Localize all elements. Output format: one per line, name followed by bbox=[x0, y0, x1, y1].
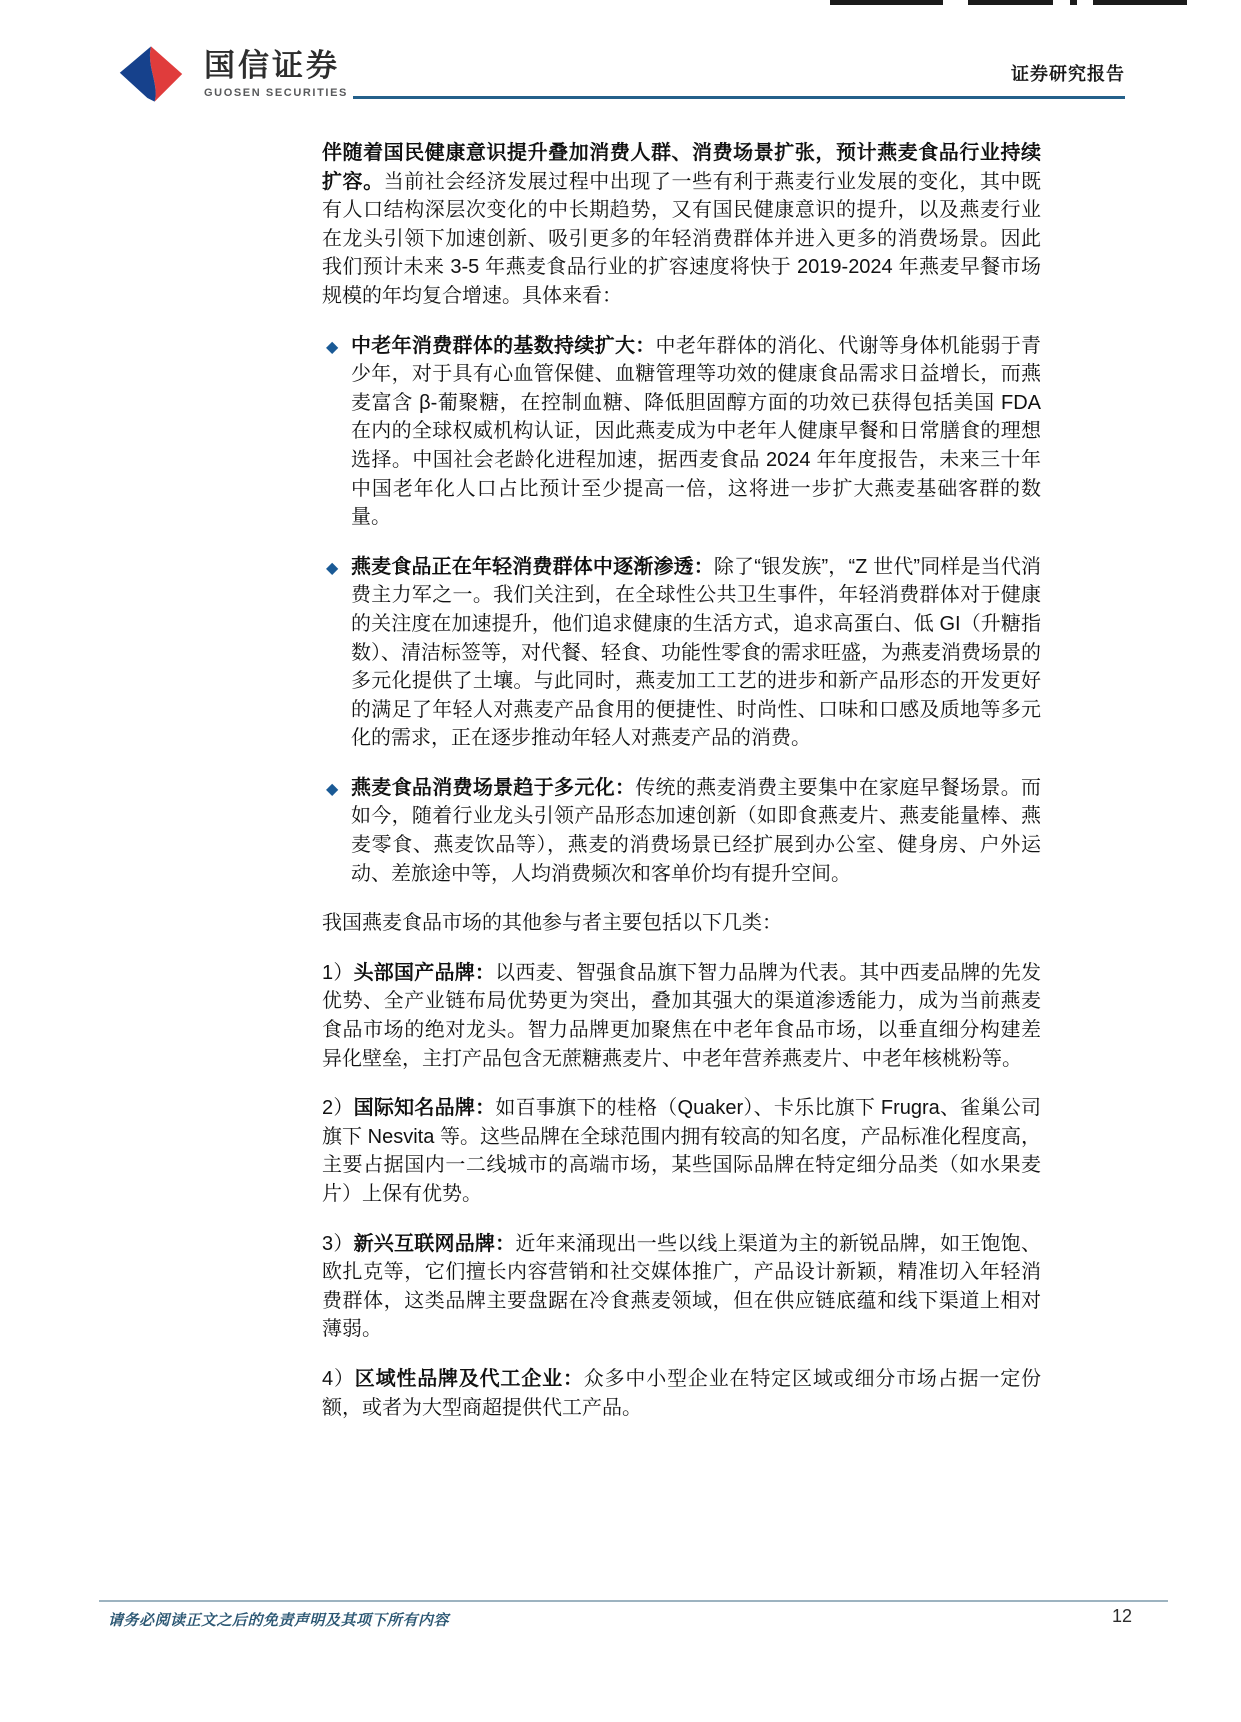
footer-divider bbox=[99, 1600, 1168, 1602]
report-body: 伴随着国民健康意识提升叠加消费人群、消费场景扩张，预计燕麦食品行业持续扩容。当前… bbox=[322, 139, 1041, 1443]
bullet-heading: 燕麦食品消费场景趋于多元化： bbox=[351, 777, 635, 799]
bullet-item-consumption-scenes: ◆ 燕麦食品消费场景趋于多元化：传统的燕麦消费主要集中在家庭早餐场景。而如今，随… bbox=[322, 774, 1041, 888]
list-number: 3） bbox=[322, 1233, 354, 1255]
report-page: 国信证券 GUOSEN SECURITIES 证券研究报告 伴随着国民健康意识提… bbox=[0, 0, 1241, 1722]
diamond-bullet-icon: ◆ bbox=[326, 776, 338, 805]
intro-paragraph: 伴随着国民健康意识提升叠加消费人群、消费场景扩张，预计燕麦食品行业持续扩容。当前… bbox=[322, 139, 1041, 311]
numbered-paragraph-regional-brands: 4）区域性品牌及代工企业：众多中小型企业在特定区域或细分市场占据一定份额，或者为… bbox=[322, 1365, 1041, 1422]
header-divider bbox=[353, 96, 1125, 99]
footer-disclaimer: 请务必阅读正文之后的免责声明及其项下所有内容 bbox=[108, 1609, 449, 1630]
bullet-heading: 燕麦食品正在年轻消费群体中逐渐渗透： bbox=[351, 556, 714, 578]
intro-text: 当前社会经济发展过程中出现了一些有利于燕麦行业发展的变化，其中既有人口结构深层次… bbox=[322, 171, 1041, 307]
top-redaction-bar bbox=[1093, 0, 1187, 5]
page-number: 12 bbox=[1100, 1606, 1132, 1627]
bullet-text: 中老年群体的消化、代谢等身体机能弱于青少年，对于具有心血管保健、血糖管理等功效的… bbox=[351, 335, 1041, 529]
report-type-label: 证券研究报告 bbox=[1011, 60, 1125, 86]
list-heading: 头部国产品牌： bbox=[354, 962, 496, 984]
diamond-bullet-icon: ◆ bbox=[326, 555, 338, 584]
diamond-bullet-icon: ◆ bbox=[326, 334, 338, 363]
bullet-item-senior-consumers: ◆ 中老年消费群体的基数持续扩大：中老年群体的消化、代谢等身体机能弱于青少年，对… bbox=[322, 332, 1041, 532]
bullet-item-young-consumers: ◆ 燕麦食品正在年轻消费群体中逐渐渗透：除了“银发族”，“Z 世代”同样是当代消… bbox=[322, 553, 1041, 753]
list-number: 2） bbox=[322, 1097, 354, 1119]
numbered-paragraph-internet-brands: 3）新兴互联网品牌：近年来涌现出一些以线上渠道为主的新锐品牌，如王饱饱、欧扎克等… bbox=[322, 1230, 1041, 1344]
logo-name-en: GUOSEN SECURITIES bbox=[204, 87, 348, 99]
numbered-paragraph-domestic-brands: 1）头部国产品牌：以西麦、智强食品旗下智力品牌为代表。其中西麦品牌的先发优势、全… bbox=[322, 959, 1041, 1073]
logo-name-cn: 国信证券 bbox=[204, 49, 348, 83]
list-number: 4） bbox=[322, 1368, 355, 1390]
participants-intro-paragraph: 我国燕麦食品市场的其他参与者主要包括以下几类： bbox=[322, 909, 1041, 938]
list-heading: 新兴互联网品牌： bbox=[354, 1233, 516, 1255]
guosen-logo-icon bbox=[112, 44, 190, 104]
list-heading: 国际知名品牌： bbox=[354, 1097, 496, 1119]
logo-text: 国信证券 GUOSEN SECURITIES bbox=[204, 49, 348, 99]
top-redaction-bar bbox=[968, 0, 1053, 5]
top-redaction-bar bbox=[1070, 0, 1077, 5]
top-redaction-bar bbox=[830, 0, 943, 5]
bullet-heading: 中老年消费群体的基数持续扩大： bbox=[351, 335, 656, 357]
numbered-paragraph-international-brands: 2）国际知名品牌：如百事旗下的桂格（Quaker）、卡乐比旗下 Frugra、雀… bbox=[322, 1094, 1041, 1208]
bullet-text: 除了“银发族”，“Z 世代”同样是当代消费主力军之一。我们关注到，在全球性公共卫… bbox=[351, 556, 1041, 750]
list-number: 1） bbox=[322, 962, 354, 984]
guosen-logo: 国信证券 GUOSEN SECURITIES bbox=[112, 44, 348, 104]
list-heading: 区域性品牌及代工企业： bbox=[355, 1368, 584, 1390]
